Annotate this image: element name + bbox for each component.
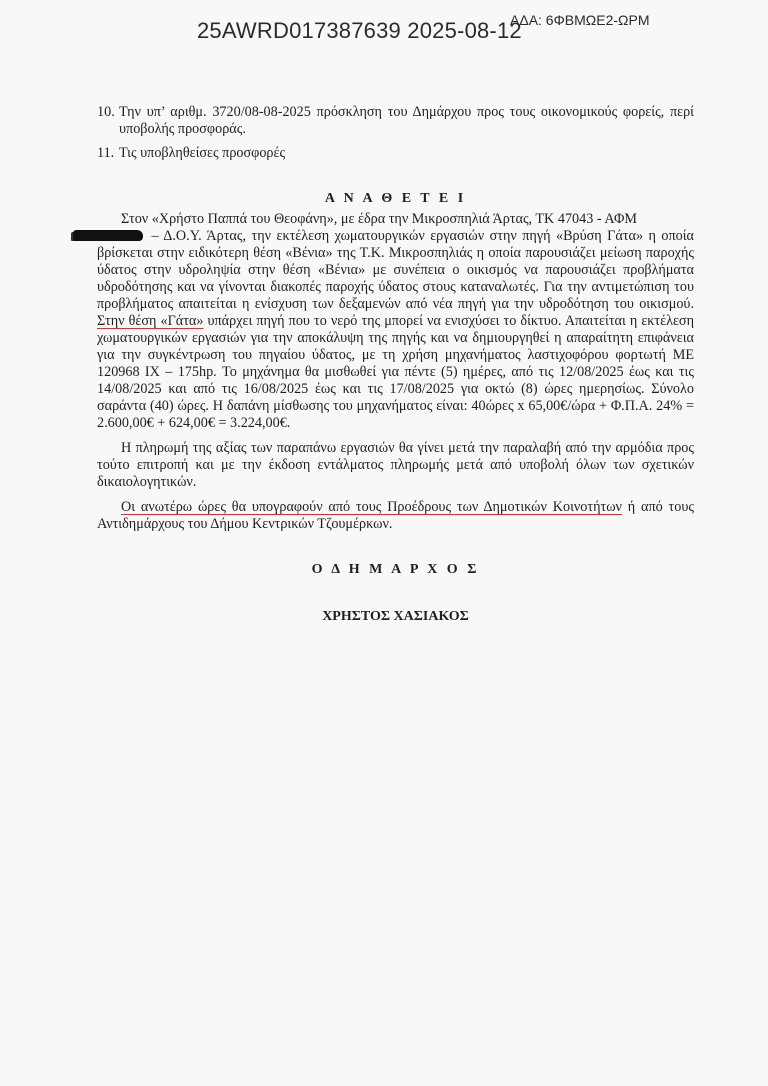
mayor-title: Ο Δ Η Μ Α Ρ Χ Ο Σ bbox=[97, 561, 694, 578]
assignment-text-middle: – Δ.Ο.Υ. Άρτας, την εκτέλεση χωματουργικ… bbox=[97, 228, 694, 312]
decision-heading: Α Ν Α Θ Ε Τ Ε Ι bbox=[97, 190, 694, 207]
assignment-text-start: Στον «Χρήστο Παππά του Θεοφάνη», με έδρα… bbox=[121, 211, 637, 227]
reference-item: 11. Τις υποβληθείσες προσφορές bbox=[97, 145, 694, 162]
annotated-signatories: Οι ανωτέρω ώρες θα υπογραφούν από τους Π… bbox=[121, 499, 622, 515]
assignment-paragraph: Στον «Χρήστο Παππά του Θεοφάνη», με έδρα… bbox=[97, 211, 694, 432]
annotated-location: Στην θέση «Γάτα» bbox=[97, 313, 203, 329]
reference-number: 11. bbox=[97, 145, 119, 162]
document-page: 10. Την υπ’ αριθμ. 3720/08-08-2025 πρόσκ… bbox=[97, 104, 694, 625]
ada-stamp: ΑΔΑ: 6ΦΒΜΩΕ2-ΩΡΜ bbox=[510, 12, 649, 28]
signatories-paragraph: Οι ανωτέρω ώρες θα υπογραφούν από τους Π… bbox=[97, 499, 694, 533]
payment-paragraph: Η πληρωμή της αξίας των παραπάνω εργασιώ… bbox=[97, 440, 694, 491]
redacted-tax-id bbox=[73, 230, 143, 241]
references-list: 10. Την υπ’ αριθμ. 3720/08-08-2025 πρόσκ… bbox=[97, 104, 694, 162]
protocol-stamp: 25AWRD017387639 2025-08-12 bbox=[197, 18, 522, 44]
reference-item: 10. Την υπ’ αριθμ. 3720/08-08-2025 πρόσκ… bbox=[97, 104, 694, 138]
reference-text: Τις υποβληθείσες προσφορές bbox=[97, 145, 694, 162]
reference-text: Την υπ’ αριθμ. 3720/08-08-2025 πρόσκληση… bbox=[97, 104, 694, 138]
assignment-text-end: υπάρχει πηγή που το νερό της μπορεί να ε… bbox=[97, 313, 694, 431]
mayor-name: ΧΡΗΣΤΟΣ ΧΑΣΙΑΚΟΣ bbox=[97, 608, 694, 625]
reference-number: 10. bbox=[97, 104, 119, 121]
